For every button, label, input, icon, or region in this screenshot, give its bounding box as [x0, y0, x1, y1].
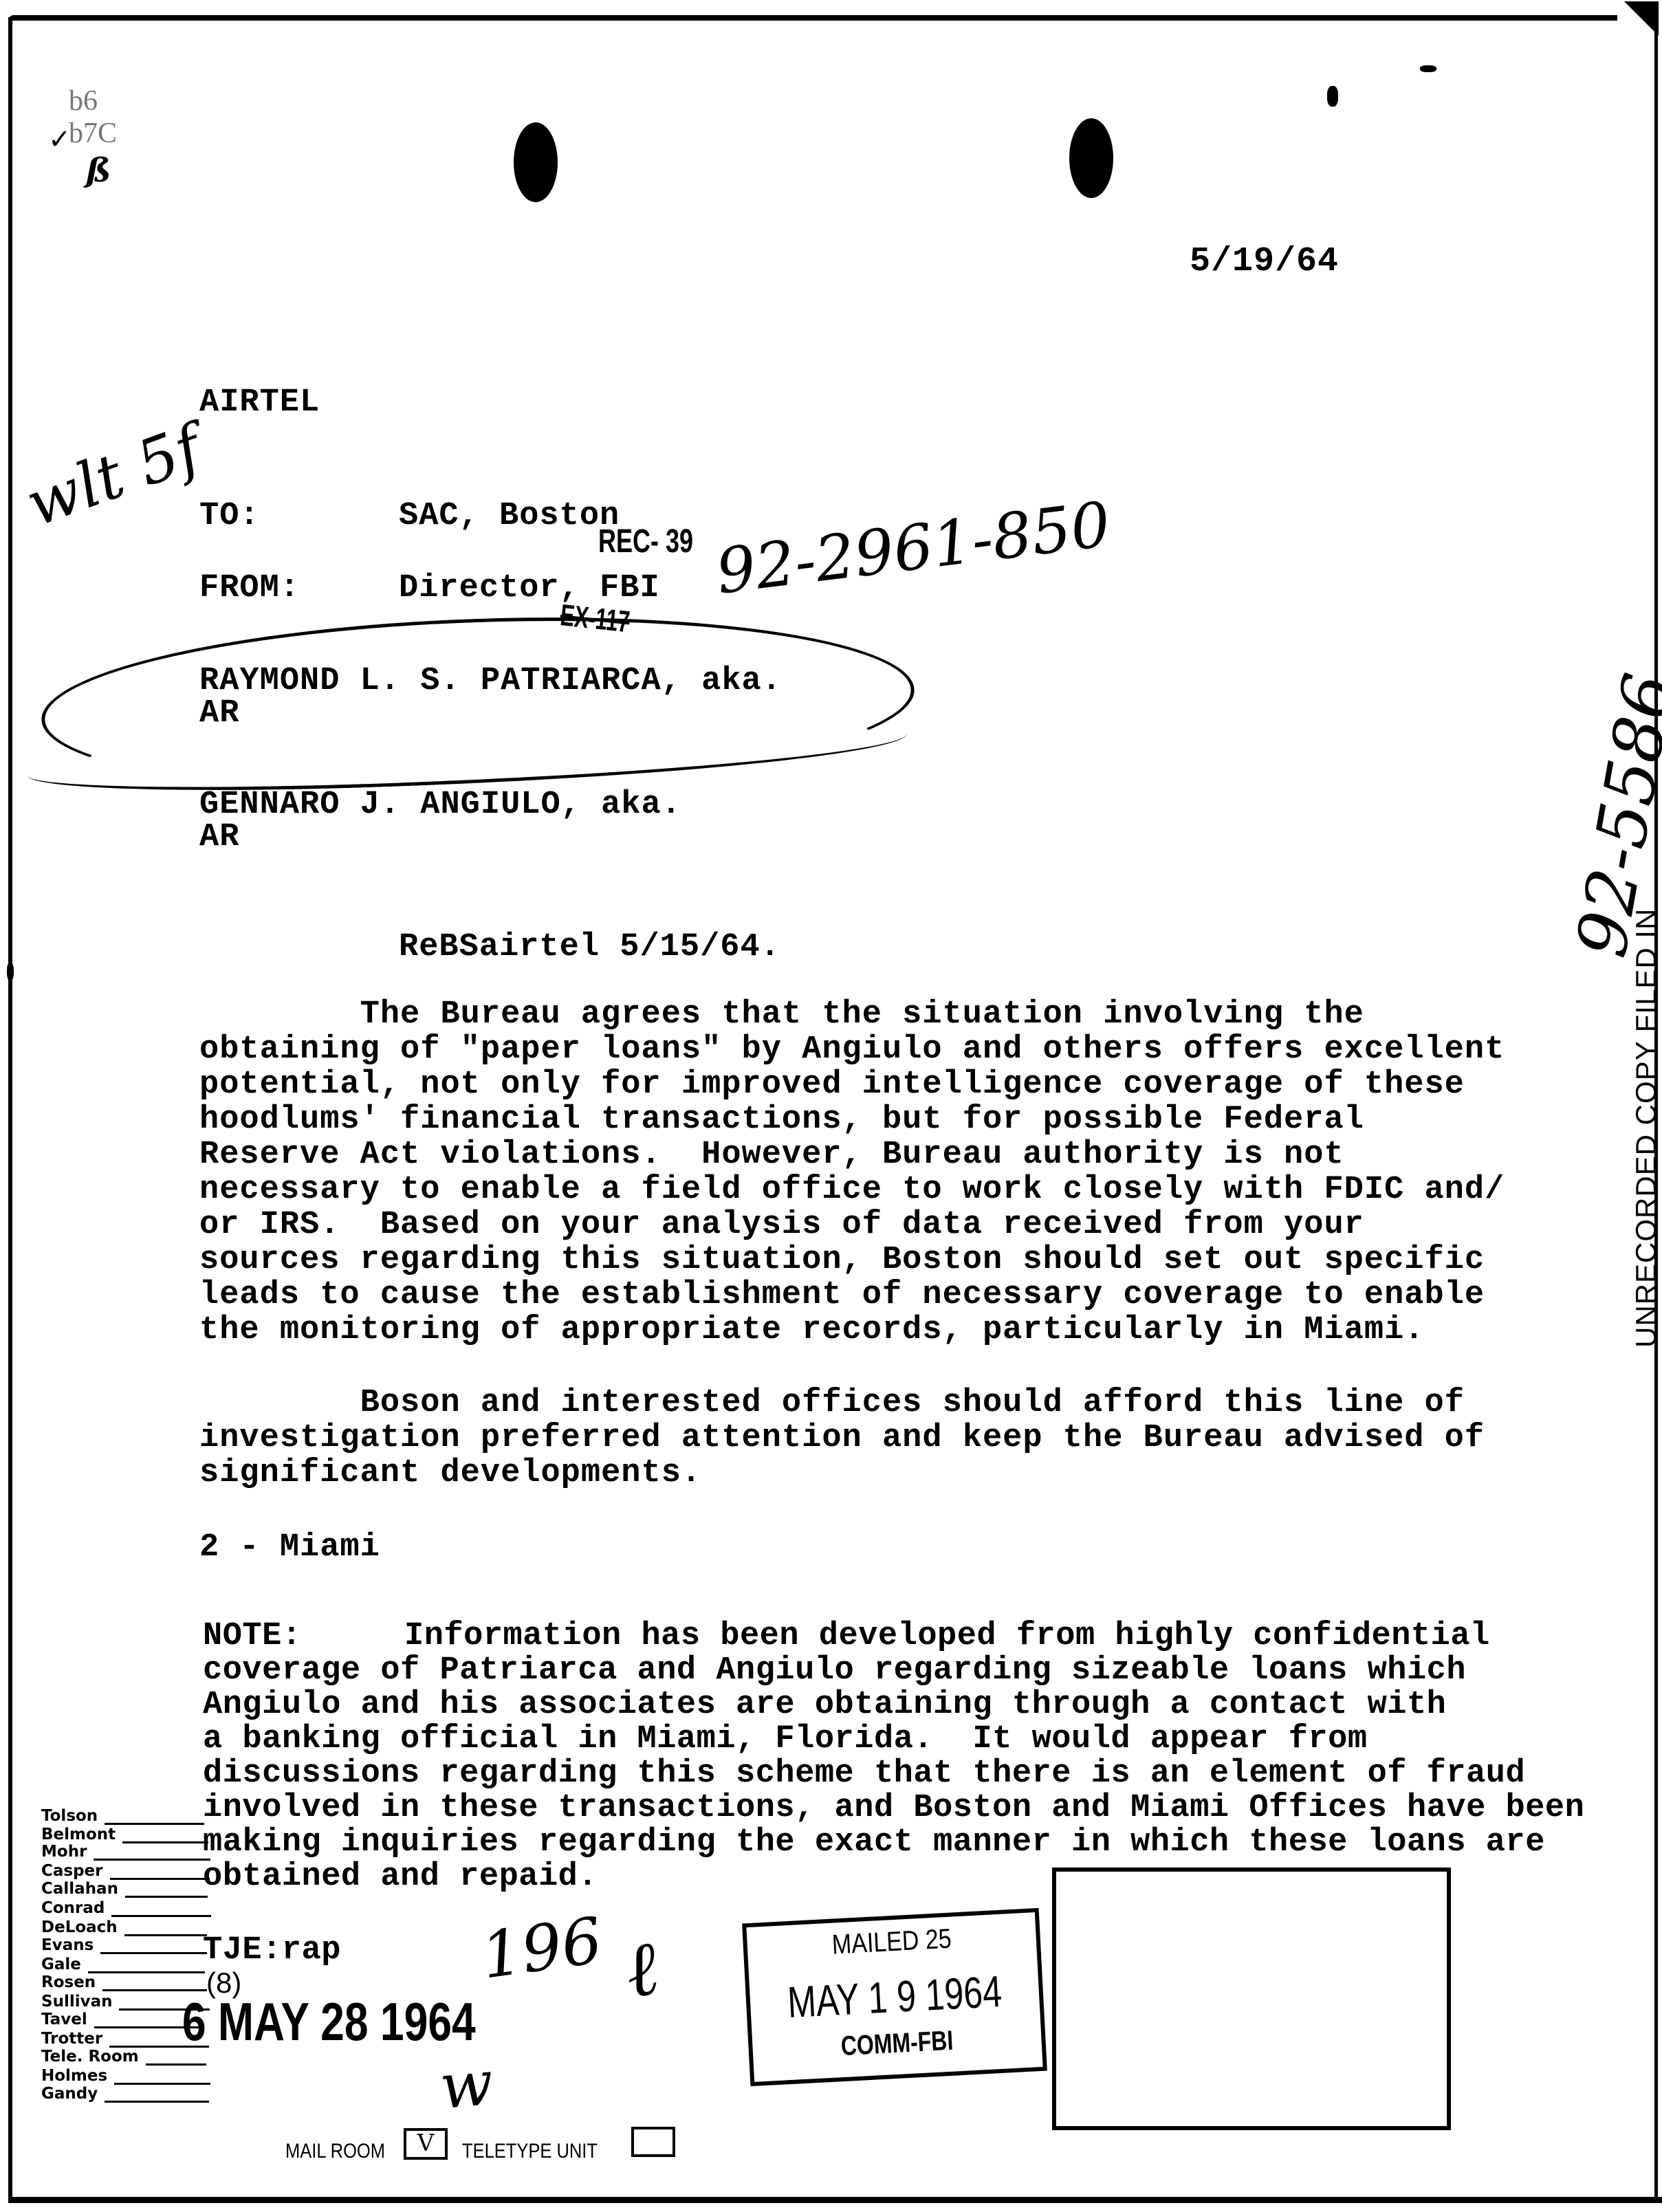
- paragraph-line: Boson and interested offices should affo…: [199, 1386, 1465, 1421]
- routing-row-evans: Evans: [41, 1936, 207, 1954]
- note-line: Angiulo and his associates are obtaining…: [203, 1688, 1446, 1722]
- document-date: 5/19/64: [1190, 244, 1339, 279]
- paragraph-line: necessary to enable a field office to wo…: [199, 1172, 1505, 1207]
- to-label: TO:: [199, 499, 260, 534]
- note-line: involved in these transactions, and Bost…: [203, 1791, 1584, 1826]
- routing-row-callahan: Callahan: [41, 1880, 208, 1898]
- note-line: coverage of Patriarca and Angiulo regard…: [203, 1654, 1466, 1688]
- empty-stamp-box: [1052, 1868, 1451, 2130]
- handwritten-mark: ß: [86, 151, 111, 190]
- rec-stamp: REC- 39: [598, 523, 693, 560]
- routing-row-casper: Casper: [41, 1862, 210, 1880]
- paragraph-line: or IRS. Based on your analysis of data r…: [199, 1207, 1364, 1242]
- routing-row-gandy: Gandy: [41, 2085, 209, 2103]
- scan-speck: [1327, 86, 1338, 107]
- paragraph-line: the monitoring of appropriate records, p…: [199, 1313, 1424, 1348]
- paragraph-line: The Bureau agrees that the situation inv…: [199, 997, 1364, 1032]
- mailed-stamp: MAILED 25 MAY 1 9 1964 COMM-FBI: [742, 1908, 1047, 2086]
- handwritten-initial-w: w: [437, 2047, 496, 2123]
- unrecorded-copy-stamp: UNRECORDED COPY FILED IN: [1630, 908, 1662, 1348]
- routing-name: Tolson: [41, 1807, 98, 1825]
- routing-name: Conrad: [41, 1899, 105, 1917]
- routing-name: Gandy: [41, 2085, 98, 2103]
- routing-row-tavel: Tavel: [41, 2011, 204, 2028]
- note-line: obtained and repaid.: [203, 1860, 598, 1894]
- margin-handwriting: wlt 5f: [17, 412, 210, 541]
- typist-initials: TJE:rap: [203, 1934, 341, 1968]
- routing-name: Gale: [41, 1956, 81, 1973]
- reference-line: ReBSairtel 5/15/64.: [399, 930, 780, 965]
- document-heading: AIRTEL: [199, 385, 320, 420]
- page-border-bottom: [8, 2197, 1662, 2203]
- handwritten-initial-mark: ℓ: [618, 1923, 665, 2016]
- unrecorded-file-number: 92-5586: [1561, 668, 1662, 963]
- paragraph-line: investigation preferred attention and ke…: [199, 1421, 1485, 1456]
- subject-1-name: RAYMOND L. S. PATRIARCA, aka.: [199, 664, 782, 699]
- folded-corner: [1624, 1, 1659, 36]
- routing-name: Mohr: [41, 1843, 87, 1861]
- from-label: FROM:: [199, 571, 300, 606]
- punch-hole-right: [1069, 118, 1113, 198]
- teletype-unit-label: TELETYPE UNIT: [462, 2140, 598, 2163]
- page-border-top: [8, 15, 1617, 21]
- routing-name: Trotter: [41, 2030, 102, 2048]
- scan-speck: [1420, 65, 1436, 72]
- routing-row-rosen: Rosen: [41, 1973, 207, 1991]
- routing-name: Tele. Room: [41, 2048, 139, 2066]
- handwritten-file-number: 92-2961-850: [712, 488, 1115, 608]
- routing-name: Sullivan: [41, 1993, 112, 2011]
- routing-name: Casper: [41, 1862, 103, 1880]
- received-stamp: 6 MAY 28 1964: [182, 1991, 476, 2053]
- routing-name: Holmes: [41, 2067, 107, 2085]
- routing-row-gale: Gale: [41, 1956, 205, 1973]
- note-line: making inquiries regarding the exact man…: [203, 1826, 1545, 1860]
- routing-name: DeLoach: [41, 1918, 118, 1936]
- redaction-code-b6: b6: [69, 86, 98, 116]
- note-label: NOTE:: [203, 1619, 302, 1654]
- teletype-unit-checkbox[interactable]: [631, 2127, 675, 2157]
- check-mark-icon: ✓: [48, 124, 72, 155]
- routing-row-belmont: Belmont: [41, 1826, 208, 1843]
- punch-hole-left: [514, 122, 558, 202]
- routing-row-tele-room: Tele. Room: [41, 2048, 206, 2066]
- routing-name: Evans: [41, 1936, 94, 1954]
- mail-room-checkbox[interactable]: V: [404, 2128, 448, 2160]
- mailed-stamp-bottom: COMM-FBI: [781, 2022, 1014, 2066]
- subject-1-tag: AR: [199, 696, 239, 731]
- subject-2-tag: AR: [199, 820, 239, 855]
- note-line: Information has been developed from high…: [404, 1619, 1490, 1654]
- routing-name: Tavel: [41, 2011, 87, 2028]
- paragraph-line: sources regarding this situation, Boston…: [199, 1242, 1485, 1278]
- routing-name: Callahan: [41, 1880, 118, 1898]
- mailed-stamp-date: MAY 1 9 1964: [780, 1965, 1008, 2028]
- mailed-stamp-top: MAILED 25: [768, 1920, 1015, 1964]
- routing-name: Rosen: [41, 1973, 96, 1991]
- routing-row-tolson: Tolson: [41, 1807, 204, 1825]
- scan-speck: [7, 963, 14, 981]
- redaction-code-b7c: b7C: [69, 118, 117, 149]
- note-line: a banking official in Miami, Florida. It…: [203, 1722, 1368, 1757]
- paragraph-line: potential, not only for improved intelli…: [199, 1067, 1465, 1102]
- mail-room-label: MAIL ROOM: [285, 2140, 385, 2163]
- note-line: discussions regarding this scheme that t…: [203, 1757, 1525, 1791]
- page-border-left: [8, 17, 12, 2200]
- routing-name: Belmont: [41, 1826, 116, 1843]
- from-value: Director, FBI: [399, 571, 660, 606]
- paragraph-line: significant developments.: [199, 1456, 701, 1491]
- routing-row-mohr: Mohr: [41, 1843, 210, 1861]
- paragraph-line: hoodlums' financial transactions, but fo…: [199, 1102, 1364, 1137]
- document-page: b6 b7C ✓ ß 5/19/64 AIRTEL wlt 5f TO: SAC…: [0, 0, 1662, 2212]
- routing-row-deloach: DeLoach: [41, 1918, 207, 1936]
- paragraph-line: leads to cause the establishment of nece…: [199, 1278, 1485, 1313]
- handwritten-196: 196: [477, 1903, 606, 1993]
- paragraph-line: Reserve Act violations. However, Bureau …: [199, 1137, 1344, 1172]
- routing-row-conrad: Conrad: [41, 1899, 211, 1917]
- subject-2-name: GENNARO J. ANGIULO, aka.: [199, 787, 681, 822]
- to-value: SAC, Boston: [399, 499, 620, 534]
- routing-row-holmes: Holmes: [41, 2067, 210, 2085]
- copies-line: 2 - Miami: [199, 1530, 380, 1565]
- paragraph-line: obtaining of "paper loans" by Angiulo an…: [199, 1032, 1505, 1067]
